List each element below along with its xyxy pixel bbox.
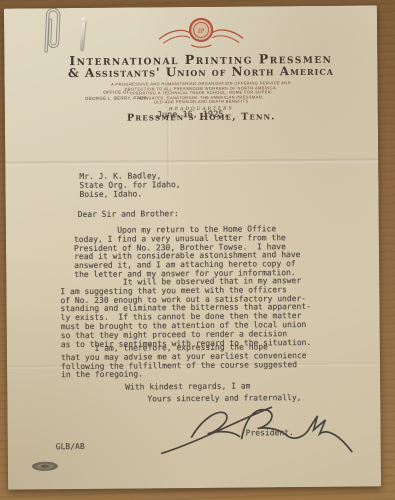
body-paragraph-1: Upon my return to the Home Office today,… bbox=[74, 225, 301, 280]
union-label-stamp-icon bbox=[30, 460, 60, 472]
signature-title: President. bbox=[246, 429, 294, 438]
office-name: GEORGE L. BERRY, PRES. bbox=[61, 95, 173, 101]
body-paragraph-2: It will be observed that in my answer I … bbox=[60, 277, 311, 350]
recipient-address: Mr. J. K. Badley, State Org. for Idaho, … bbox=[79, 172, 180, 199]
union-seal-icon: IP bbox=[154, 15, 246, 52]
office-of-block: OFFICE OF GEORGE L. BERRY, PRES. bbox=[61, 89, 173, 101]
org-name-line2: & Assistants' Union of North America bbox=[14, 64, 387, 80]
fold-crease-upper bbox=[5, 158, 378, 165]
svg-text:IP: IP bbox=[197, 28, 203, 35]
body-paragraph-3: I am, therefore, expressing the hope tha… bbox=[61, 343, 307, 380]
salutation: Dear Sir and Brother: bbox=[78, 210, 179, 220]
closing-line: With kindest regards, I am bbox=[125, 382, 250, 392]
letterhead: IP International Printing Pressmen & Ass… bbox=[14, 13, 388, 124]
typist-initials: GLB/AB bbox=[56, 443, 85, 452]
date-line: June 16, 1925. bbox=[157, 111, 229, 120]
letter-page: IP International Printing Pressmen & Ass… bbox=[4, 5, 381, 489]
